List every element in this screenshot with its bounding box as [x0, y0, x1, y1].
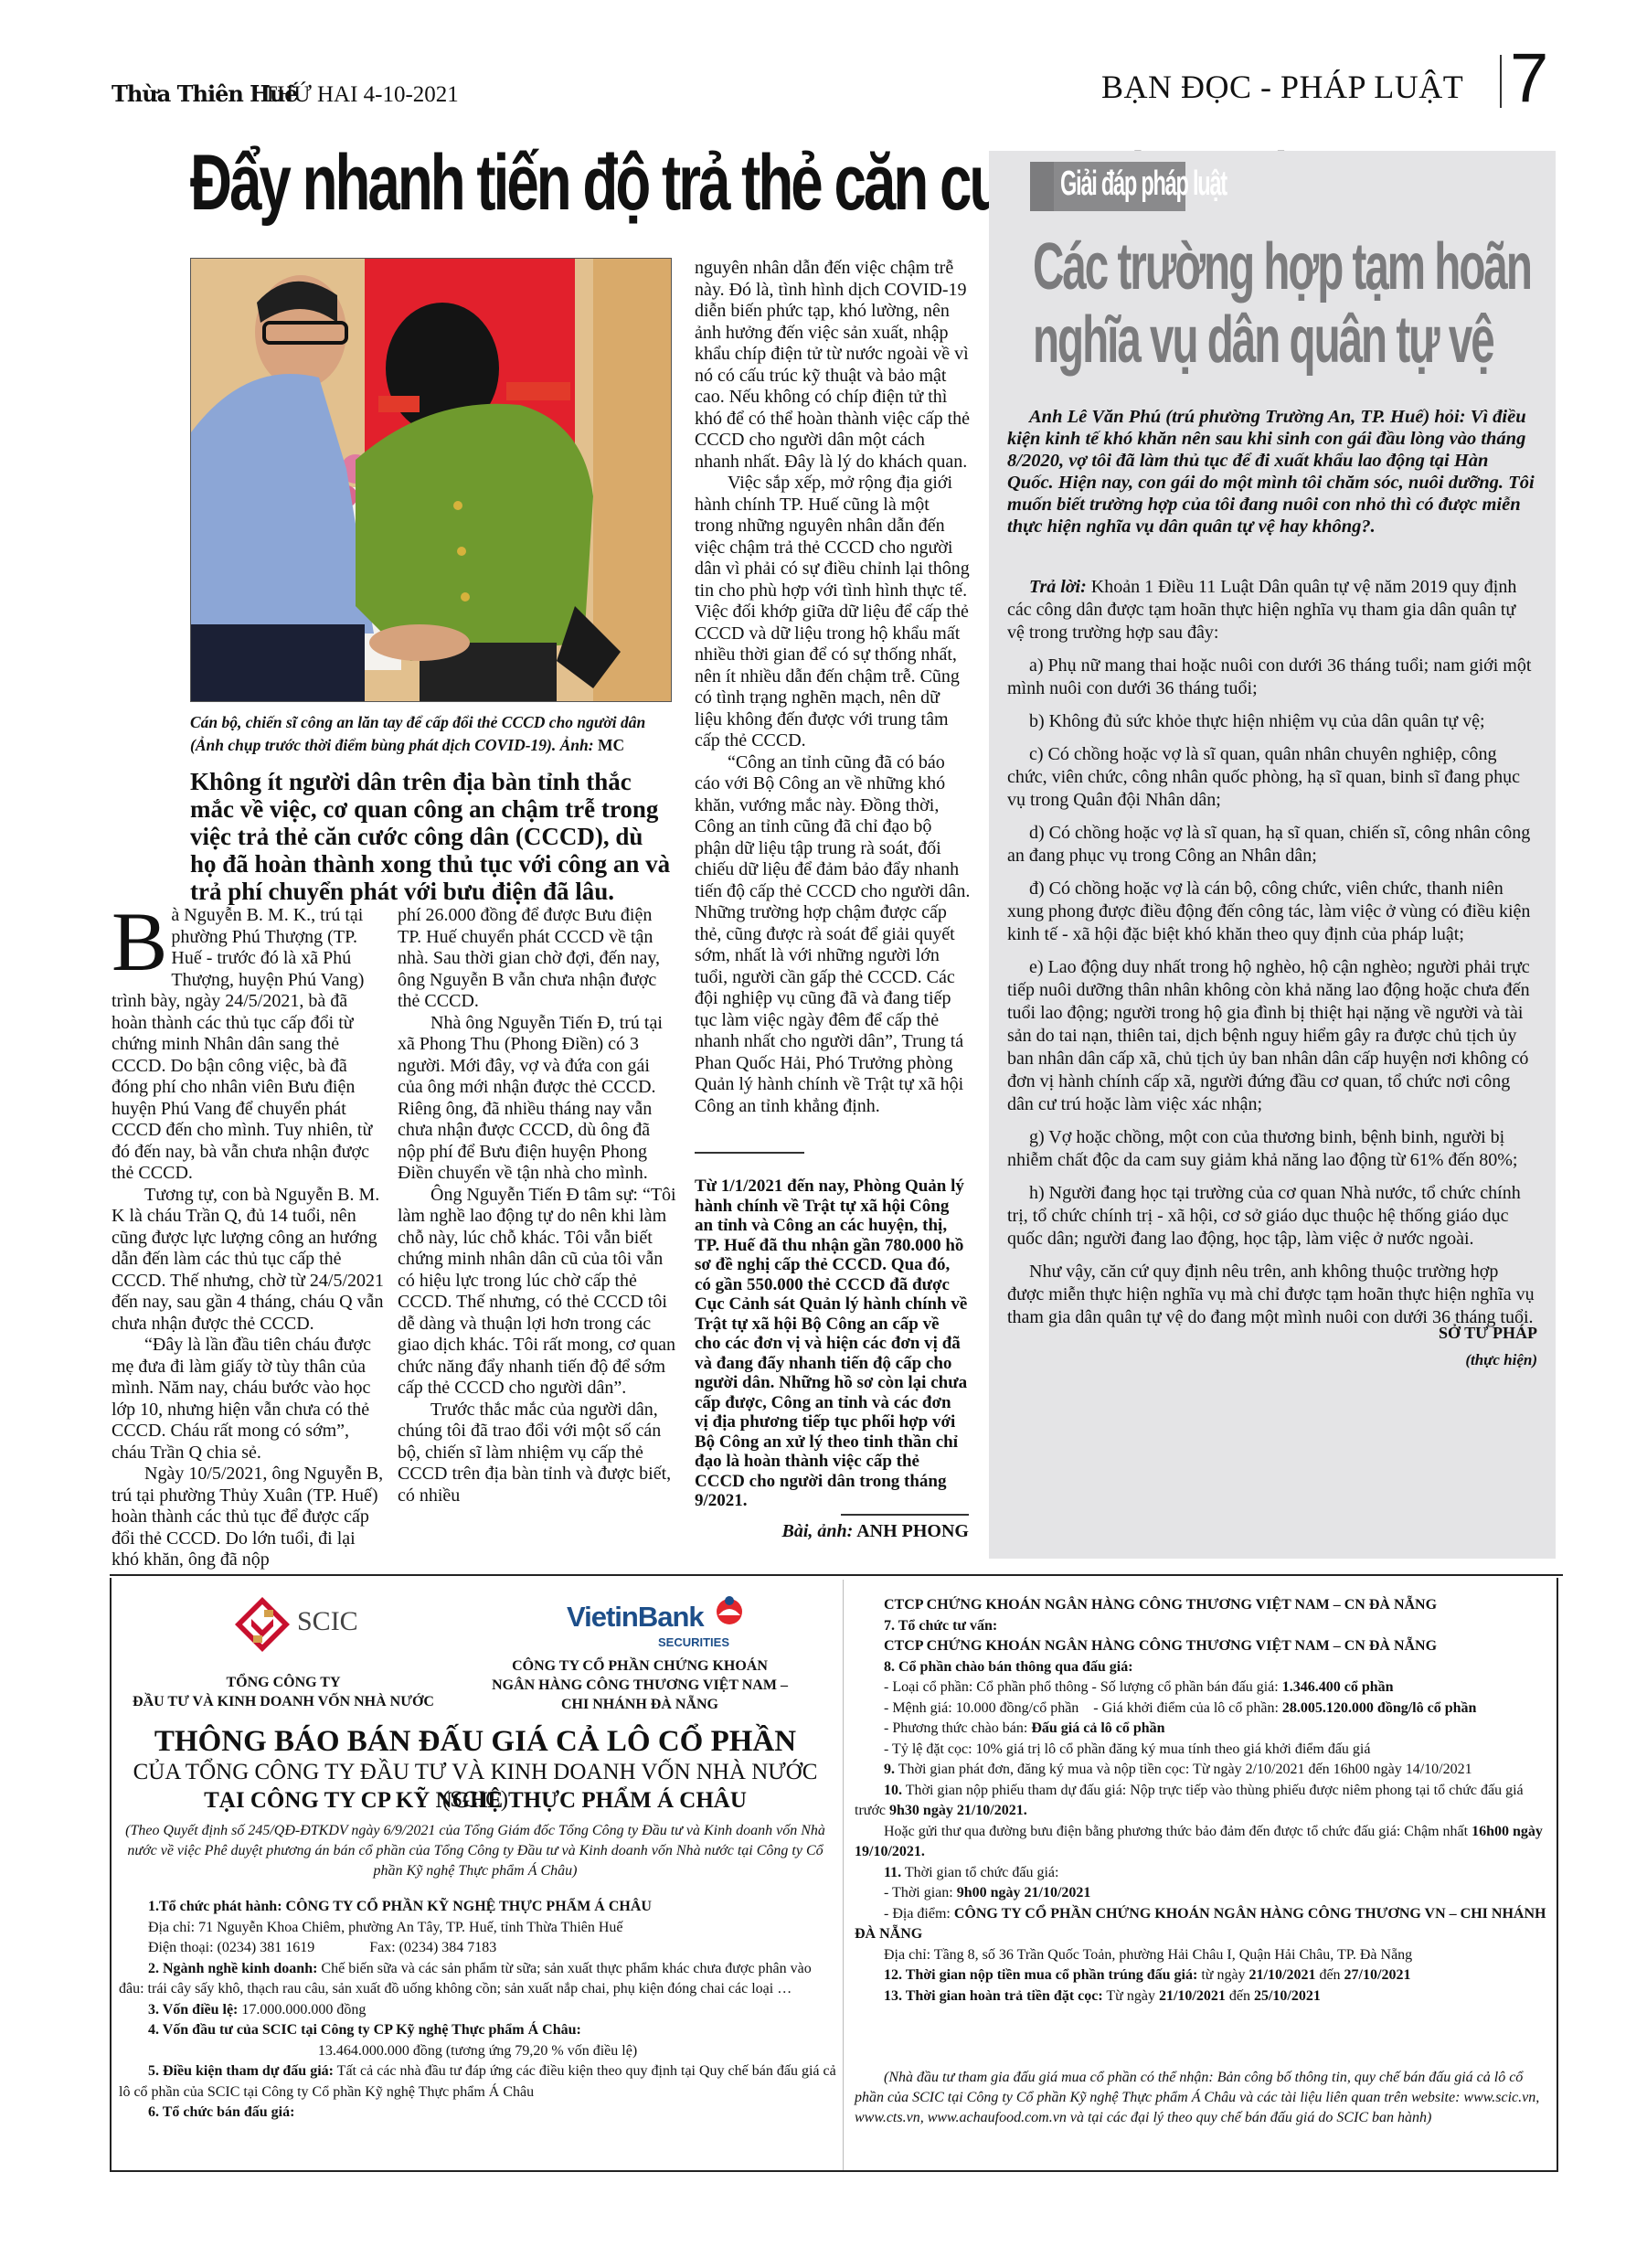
kicker-label: Giải đáp pháp luật: [1060, 165, 1227, 204]
issuer-organization: TỔNG CÔNG TY ĐẦU TƯ VÀ KINH DOANH VỐN NH…: [123, 1673, 443, 1711]
eligibility-label: 5. Điều kiện tham dự đấu giá:: [148, 2063, 334, 2079]
scic-logo-icon: [233, 1595, 292, 1658]
investor-note: (Nhà đầu tư tham gia đấu giá mua cổ phần…: [855, 2068, 1554, 2128]
issuer-address: Địa chỉ: 71 Nguyễn Khoa Chiêm, phường An…: [119, 1918, 836, 1939]
ad-details-right: CTCP CHỨNG KHOÁN NGÂN HÀNG CÔNG THƯƠNG V…: [855, 1595, 1554, 2007]
reader-question: Anh Lê Văn Phú (trú phường Trường An, TP…: [1007, 406, 1537, 538]
question-text: Anh Lê Văn Phú (trú phường Trường An, TP…: [1007, 406, 1537, 538]
s9-label: 9.: [884, 1762, 895, 1777]
statistics-note: Từ 1/1/2021 đến nay, Phòng Quản lý hành …: [695, 1177, 969, 1511]
mail-submission: Hoặc gửi thư qua đường bưu điện bằng phư…: [884, 1824, 1472, 1839]
payment-to-word: đến: [1315, 1967, 1344, 1983]
time-label: - Thời gian:: [884, 1885, 957, 1901]
answer-conclusion: Như vậy, căn cứ quy định nêu trên, anh k…: [1007, 1261, 1537, 1329]
answer-item: a) Phụ nữ mang thai hoặc nuôi con dưới 3…: [1007, 655, 1537, 700]
paragraph: Trước thắc mắc của người dân, chúng tôi …: [398, 1400, 676, 1507]
par-value: - Mệnh giá: 10.000 đồng/cổ phần: [884, 1700, 1079, 1716]
auction-org-label: 6. Tổ chức bán đấu giá:: [148, 2104, 294, 2120]
scic-logo-text: SCIC: [297, 1606, 358, 1637]
investor-note-text: (Nhà đầu tư tham gia đấu giá mua cổ phần…: [855, 2068, 1554, 2128]
caption-credit: MC: [598, 736, 624, 754]
advisor-value: CTCP CHỨNG KHOÁN NGÂN HÀNG CÔNG THƯƠNG V…: [884, 1638, 1437, 1654]
auction-address: Địa chỉ: Tầng 8, số 36 Trần Quốc Toản, p…: [855, 1945, 1554, 1966]
byline: Bài, ảnh: ANH PHONG: [749, 1521, 969, 1542]
refund-to: 25/10/2021: [1254, 1988, 1321, 2004]
share-quantity: 1.346.400 cổ phần: [1282, 1679, 1394, 1695]
place-label: - Địa điểm:: [884, 1906, 954, 1922]
paragraph: “Công an tỉnh cũng đã có báo cáo với Bộ …: [695, 752, 971, 1118]
ad-top-border: [110, 1574, 1563, 1576]
issue-date: THỨ HAI 4-10-2021: [263, 82, 459, 108]
auction-place: CÔNG TY CỔ PHẦN CHỨNG KHOÁN NGÂN HÀNG CÔ…: [855, 1906, 1546, 1943]
article-lead: Không ít người dân trên địa bàn tỉnh thắ…: [190, 768, 675, 905]
scic-investment-value: 13.464.000.000 đồng (tương ứng 79,20 % v…: [119, 2041, 836, 2062]
paragraph: Ông Nguyễn Tiến Đ tâm sự: “Tôi làm nghề …: [398, 1185, 676, 1400]
shares-offered-label: 8. Cổ phần chào bán thông qua đấu giá:: [884, 1659, 1133, 1675]
bid-deadline: 9h30 ngày 21/10/2021.: [889, 1803, 1027, 1818]
signature-note: (thực hiện): [1281, 1351, 1537, 1369]
byline-label: Bài, ảnh:: [782, 1521, 854, 1541]
org2-line: CHI NHÁNH ĐÀ NẴNG: [457, 1695, 823, 1714]
legal-answer: Trả lời: Khoản 1 Điều 11 Luật Dân quân t…: [1007, 576, 1537, 1339]
issuer-fax: Fax: (0234) 384 7183: [369, 1940, 496, 1955]
auction-org-value: CTCP CHỨNG KHOÁN NGÂN HÀNG CÔNG THƯƠNG V…: [884, 1597, 1437, 1613]
answer-intro: Trả lời: Khoản 1 Điều 11 Luật Dân quân t…: [1007, 576, 1537, 644]
page-divider: [1500, 55, 1502, 108]
refund-from-word: Từ ngày: [1103, 1988, 1159, 2004]
paragraph: Nhà ông Nguyễn Tiến Đ, trú tại xã Phong …: [398, 1013, 676, 1185]
paragraph: Việc sắp xếp, mở rộng địa giới hành chín…: [695, 473, 971, 752]
caption-text: Cán bộ, chiến sĩ công an lăn tay để cấp …: [190, 713, 645, 754]
article-photo: [190, 258, 672, 702]
org2-line: CÔNG TY CỔ PHẦN CHỨNG KHOÁN: [457, 1656, 823, 1676]
charter-capital: 17.000.000.000 đồng: [238, 2002, 366, 2018]
ad-column-divider: [843, 1580, 844, 2170]
title-line-1: Các trường hợp tạm hoãn: [1033, 230, 1515, 303]
ad-decision-reference: (Theo Quyết định số 245/QĐ-ĐTKDV ngày 6/…: [119, 1821, 832, 1881]
start-price-label: - Giá khởi điểm của lô cổ phần:: [1093, 1700, 1282, 1716]
byline-divider: [841, 1514, 969, 1516]
answer-item: g) Vợ hoặc chồng, một con của thương bin…: [1007, 1126, 1537, 1172]
article-column-1: B à Nguyễn B. M. K., trú tại phường Phú …: [112, 905, 386, 1571]
auction-time: 9h00 ngày 21/10/2021: [957, 1885, 1091, 1901]
s10-label: 10.: [884, 1783, 902, 1798]
refund-to-word: đến: [1226, 1988, 1254, 2004]
photo-illustration: [191, 259, 671, 701]
answer-item: b) Không đủ sức khỏe thực hiện nhiệm vụ …: [1007, 710, 1537, 733]
business-label: 2. Ngành nghề kinh doanh:: [148, 1961, 317, 1976]
share-type: - Loại cổ phần: Cổ phần phổ thông - Số l…: [884, 1679, 1282, 1695]
s11-label: 11.: [884, 1865, 901, 1880]
note-divider: [695, 1152, 804, 1154]
refund-from: 21/10/2021: [1159, 1988, 1226, 2004]
broker-organization: CÔNG TY CỔ PHẦN CHỨNG KHOÁN NGÂN HÀNG CÔ…: [457, 1656, 823, 1714]
issuer-label: 1.Tổ chức phát hành: CÔNG TY CỔ PHẦN KỸ …: [148, 1899, 652, 1914]
answer-label: Trả lời:: [1029, 577, 1087, 597]
signature: SỞ TƯ PHÁP: [1281, 1324, 1537, 1343]
kicker-edge: [1030, 162, 1054, 211]
registration-period: Thời gian phát đơn, đăng ký mua và nộp t…: [895, 1762, 1472, 1777]
advisor-label: 7. Tổ chức tư vấn:: [884, 1618, 997, 1634]
refund-period-label: 13. Thời gian hoàn trả tiền đặt cọc:: [884, 1988, 1103, 2004]
auction-time-label: Thời gian tổ chức đấu giá:: [901, 1865, 1058, 1880]
offer-method: Đấu giá cả lô cổ phần: [1031, 1720, 1164, 1736]
paragraph: Tương tự, con bà Nguyễn B. M. K là cháu …: [112, 1185, 386, 1336]
deposit-rate: - Tỷ lệ đặt cọc: 10% giá trị lô cổ phần …: [855, 1740, 1554, 1761]
ad-subtitle-2: TẠI CÔNG TY CP KỸ NGHỆ THỰC PHẨM Á CHÂU: [119, 1787, 832, 1815]
payment-to: 27/10/2021: [1344, 1967, 1411, 1983]
paragraph: “Đây là lần đầu tiên cháu được mẹ đưa đi…: [112, 1335, 386, 1464]
scic-investment-label: 4. Vốn đầu tư của SCIC tại Công ty CP Kỹ…: [148, 2022, 581, 2038]
page-number: 7: [1510, 44, 1548, 113]
start-price: 28.005.120.000 đồng/lô cổ phần: [1282, 1700, 1476, 1716]
paragraph: phí 26.000 đồng để được Bưu điện TP. Huế…: [398, 905, 676, 1013]
vietinbank-logo-icon: VietinBank SECURITIES: [567, 1595, 749, 1652]
answer-item: e) Lao động duy nhất trong hộ nghèo, hộ …: [1007, 956, 1537, 1116]
photo-caption: Cán bộ, chiến sĩ công an lăn tay để cấp …: [190, 711, 675, 757]
vietinbank-logo: VietinBank SECURITIES: [567, 1595, 749, 1656]
paragraph: nguyên nhân dẫn đến việc chậm trễ này. Đ…: [695, 258, 971, 473]
ad-details-left: 1.Tổ chức phát hành: CÔNG TY CỔ PHẦN KỸ …: [119, 1897, 836, 2124]
title-line-2: nghĩa vụ dân quân tự vệ: [1033, 303, 1515, 377]
org1-line: ĐẦU TƯ VÀ KINH DOANH VỐN NHÀ NƯỚC: [123, 1692, 443, 1711]
answer-item: đ) Có chồng hoặc vợ là cán bộ, công chức…: [1007, 878, 1537, 946]
answer-item: c) Có chồng hoặc vợ là sĩ quan, quân nhâ…: [1007, 743, 1537, 812]
svg-text:SECURITIES: SECURITIES: [658, 1635, 729, 1649]
org1-line: TỔNG CÔNG TY: [123, 1673, 443, 1692]
answer-item: h) Người đang học tại trường của cơ quan…: [1007, 1182, 1537, 1251]
charter-capital-label: 3. Vốn điều lệ:: [148, 2002, 238, 2018]
svg-text:VietinBank: VietinBank: [567, 1601, 705, 1633]
paragraph: Ngày 10/5/2021, ông Nguyễn B, trú tại ph…: [112, 1464, 386, 1571]
article-column-3: nguyên nhân dẫn đến việc chậm trễ này. Đ…: [695, 258, 971, 1117]
answer-item: d) Có chồng hoặc vợ là sĩ quan, hạ sĩ qu…: [1007, 822, 1537, 868]
payment-from: 21/10/2021: [1249, 1967, 1316, 1983]
article-column-2: phí 26.000 đồng để được Bưu điện TP. Huế…: [398, 905, 676, 1507]
payment-period-label: 12. Thời gian nộp tiền mua cổ phần trúng…: [884, 1967, 1197, 1983]
drop-cap: B: [112, 907, 167, 976]
ad-title: THÔNG BÁO BÁN ĐẤU GIÁ CẢ LÔ CỔ PHẦN: [119, 1725, 832, 1758]
section-title: BẠN ĐỌC - PHÁP LUẬT: [1101, 68, 1463, 106]
byline-author: ANH PHONG: [856, 1521, 969, 1541]
org2-line: NGÂN HÀNG CÔNG THƯƠNG VIỆT NAM –: [457, 1676, 823, 1695]
legal-qa-title: Các trường hợp tạm hoãn nghĩa vụ dân quâ…: [1033, 230, 1515, 377]
offer-method-label: - Phương thức chào bán:: [884, 1720, 1031, 1736]
article-headline: Đẩy nhanh tiến độ trả thẻ căn cước công …: [190, 137, 771, 229]
issuer-phone: Điện thoại: (0234) 381 1619: [148, 1940, 314, 1955]
payment-from-word: từ ngày: [1197, 1967, 1249, 1983]
